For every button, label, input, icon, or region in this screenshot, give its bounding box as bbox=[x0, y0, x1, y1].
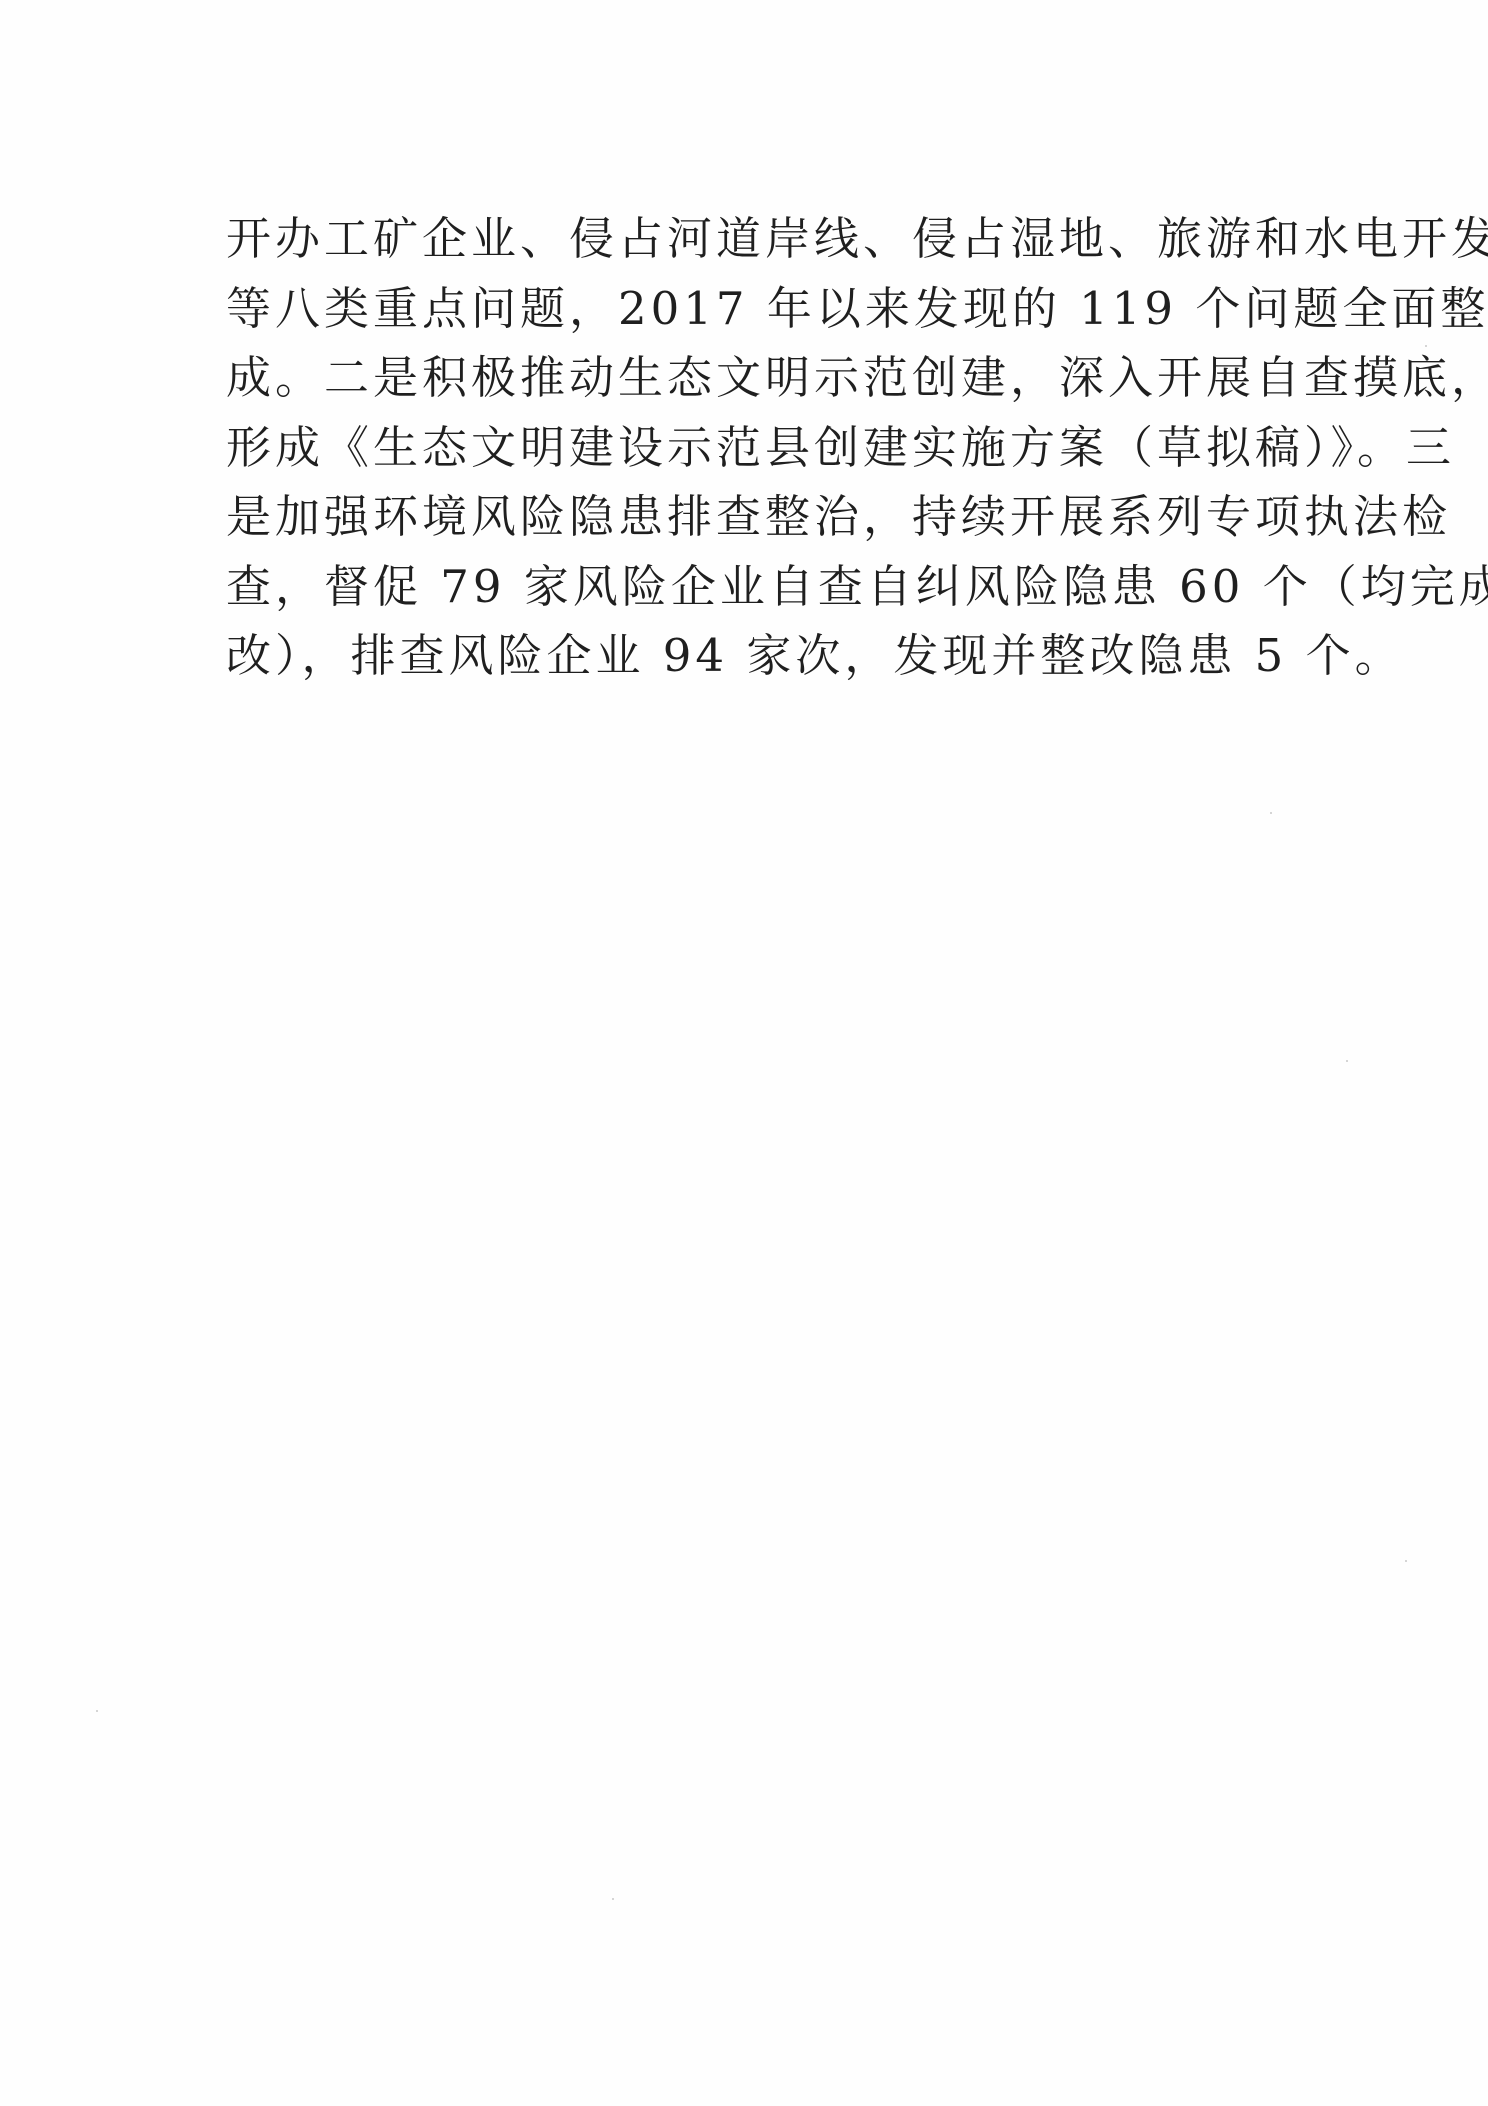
scan-speck bbox=[1425, 345, 1427, 347]
scan-speck bbox=[96, 1710, 98, 1712]
document-page: 开办工矿企业、侵占河道岸线、侵占湿地、旅游和水电开发 等八类重点问题，2017 … bbox=[0, 0, 1488, 2106]
paragraph-line-2: 等八类重点问题，2017 年以来发现的 119 个问题全面整改完 bbox=[226, 274, 1258, 344]
scan-speck bbox=[1270, 812, 1272, 814]
paragraph-line-1: 开办工矿企业、侵占河道岸线、侵占湿地、旅游和水电开发 bbox=[226, 204, 1258, 274]
paragraph-line-6: 查，督促 79 家风险企业自查自纠风险隐患 60 个（均完成整 bbox=[226, 552, 1258, 622]
scan-speck bbox=[1346, 1060, 1348, 1062]
paragraph-line-4: 形成《生态文明建设示范县创建实施方案（草拟稿）》。三 bbox=[226, 413, 1258, 483]
scan-speck bbox=[612, 1898, 614, 1900]
paragraph-line-5: 是加强环境风险隐患排查整治，持续开展系列专项执法检 bbox=[226, 482, 1258, 552]
scan-speck bbox=[1405, 1560, 1407, 1562]
paragraph-line-3: 成。二是积极推动生态文明示范创建，深入开展自查摸底， bbox=[226, 343, 1258, 413]
paragraph-line-7: 改），排查风险企业 94 家次，发现并整改隐患 5 个。 bbox=[226, 621, 1258, 691]
body-paragraph: 开办工矿企业、侵占河道岸线、侵占湿地、旅游和水电开发 等八类重点问题，2017 … bbox=[226, 204, 1258, 691]
